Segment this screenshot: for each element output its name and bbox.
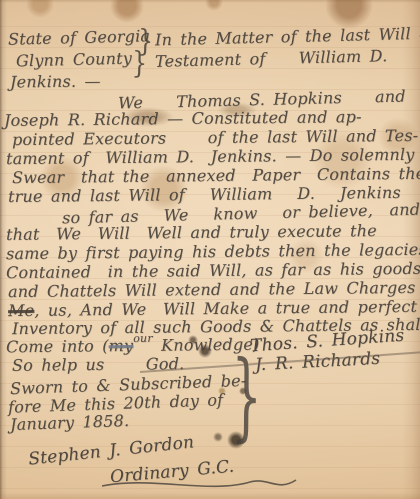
- body-line-14-pre: Come into (: [6, 336, 109, 356]
- document-page: State of Georgia Glynn County } } In the…: [0, 0, 420, 499]
- paper-edge-bottom: [0, 492, 420, 499]
- oath-line-1: So help us God.: [12, 354, 185, 375]
- attestation-brace: }: [231, 349, 262, 442]
- heading-state-line: State of Georgia: [8, 26, 151, 48]
- header-brace-2: }: [131, 46, 147, 82]
- paper-edge-top: [0, 0, 420, 3]
- body-line-14: Come into (myour Knowledge): [6, 335, 260, 357]
- interlined-word-our: our: [133, 332, 153, 345]
- jurat-line-3: January 1858.: [10, 411, 130, 434]
- case-caption-line-2: Testament of William D.: [155, 46, 388, 71]
- case-caption-line-3: Jenkins. —: [10, 72, 101, 92]
- struck-word-me: Me: [8, 301, 34, 320]
- heading-county-line: Glynn County: [16, 49, 132, 71]
- struck-word-my: my: [109, 336, 134, 355]
- ordinary-title: Ordinary G.C.: [109, 457, 235, 488]
